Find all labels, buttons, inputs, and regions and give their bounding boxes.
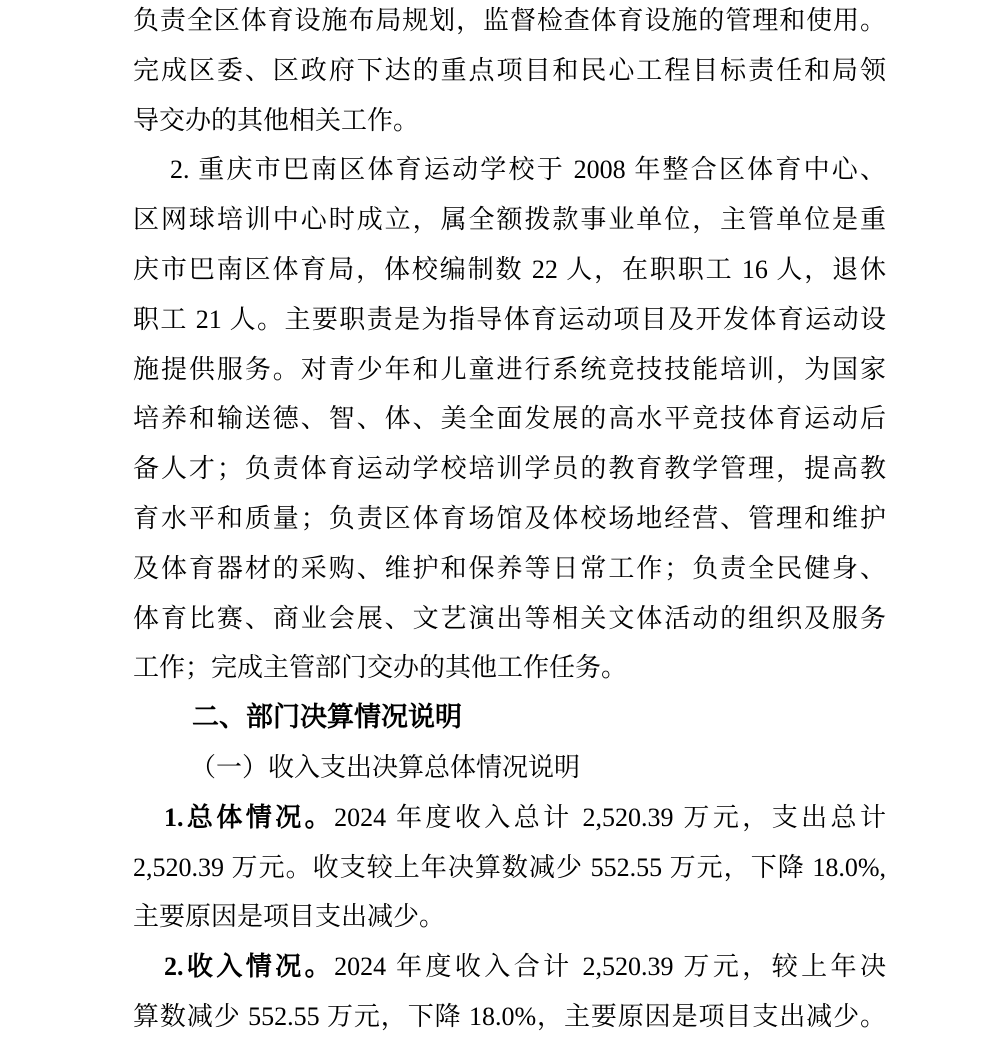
paragraph-line: 主要原因是项目支出减少。 — [133, 892, 886, 942]
paragraph-line: 2,520.39 万元。收支较上年决算数减少 552.55 万元，下降 18.0… — [133, 843, 886, 893]
section-heading-line: 二、部门决算情况说明 — [133, 693, 886, 743]
paragraph-line: 体育比赛、商业会展、文艺演出等相关文体活动的组织及服务 — [133, 594, 886, 644]
bold-label: 2.收入情况。 — [164, 952, 334, 981]
line-text: 2024 年度收入总计 2,520.39 万元，支出总计 — [334, 803, 886, 832]
paragraph-line: 导交办的其他相关工作。 — [133, 96, 886, 146]
document-page: 负责全区体育设施布局规划，监督检查体育设施的管理和使用。 完成区委、区政府下达的… — [0, 0, 1000, 1042]
paragraph-line: 区网球培训中心时成立，属全额拨款事业单位，主管单位是重 — [133, 195, 886, 245]
paragraph-line: 工作；完成主管部门交办的其他工作任务。 — [133, 643, 886, 693]
paragraph-line: 及体育器材的采购、维护和保养等日常工作；负责全民健身、 — [133, 544, 886, 594]
paragraph-line: 职工 21 人。主要职责是为指导体育运动项目及开发体育运动设 — [133, 295, 886, 345]
text-column: 负责全区体育设施布局规划，监督检查体育设施的管理和使用。 完成区委、区政府下达的… — [133, 0, 886, 1042]
paragraph-line: 育水平和质量；负责区体育场馆及体校场地经营、管理和维护 — [133, 494, 886, 544]
line-text: 2024 年度收入合计 2,520.39 万元，较上年决 — [334, 952, 886, 981]
paragraph-line: 1.总体情况。2024 年度收入总计 2,520.39 万元，支出总计 — [133, 793, 886, 843]
paragraph-line: 培养和输送德、智、体、美全面发展的高水平竞技体育运动后 — [133, 394, 886, 444]
paragraph-line: 负责全区体育设施布局规划，监督检查体育设施的管理和使用。 — [133, 0, 886, 46]
paragraph-line: 完成区委、区政府下达的重点项目和民心工程目标责任和局领 — [133, 46, 886, 96]
subsection-heading-line: （一）收入支出决算总体情况说明 — [133, 743, 886, 793]
paragraph-line: 2. 重庆市巴南区体育运动学校于 2008 年整合区体育中心、 — [133, 145, 886, 195]
paragraph-line: 备人才；负责体育运动学校培训学员的教育教学管理，提高教 — [133, 444, 886, 494]
bold-label: 1.总体情况。 — [164, 803, 334, 832]
paragraph-line: 2.收入情况。2024 年度收入合计 2,520.39 万元，较上年决 — [133, 942, 886, 992]
paragraph-line: 施提供服务。对青少年和儿童进行系统竞技技能培训，为国家 — [133, 345, 886, 395]
paragraph-line: 庆市巴南区体育局，体校编制数 22 人，在职职工 16 人，退休 — [133, 245, 886, 295]
paragraph-line: 算数减少 552.55 万元，下降 18.0%，主要原因是项目支出减少。 — [133, 992, 886, 1042]
